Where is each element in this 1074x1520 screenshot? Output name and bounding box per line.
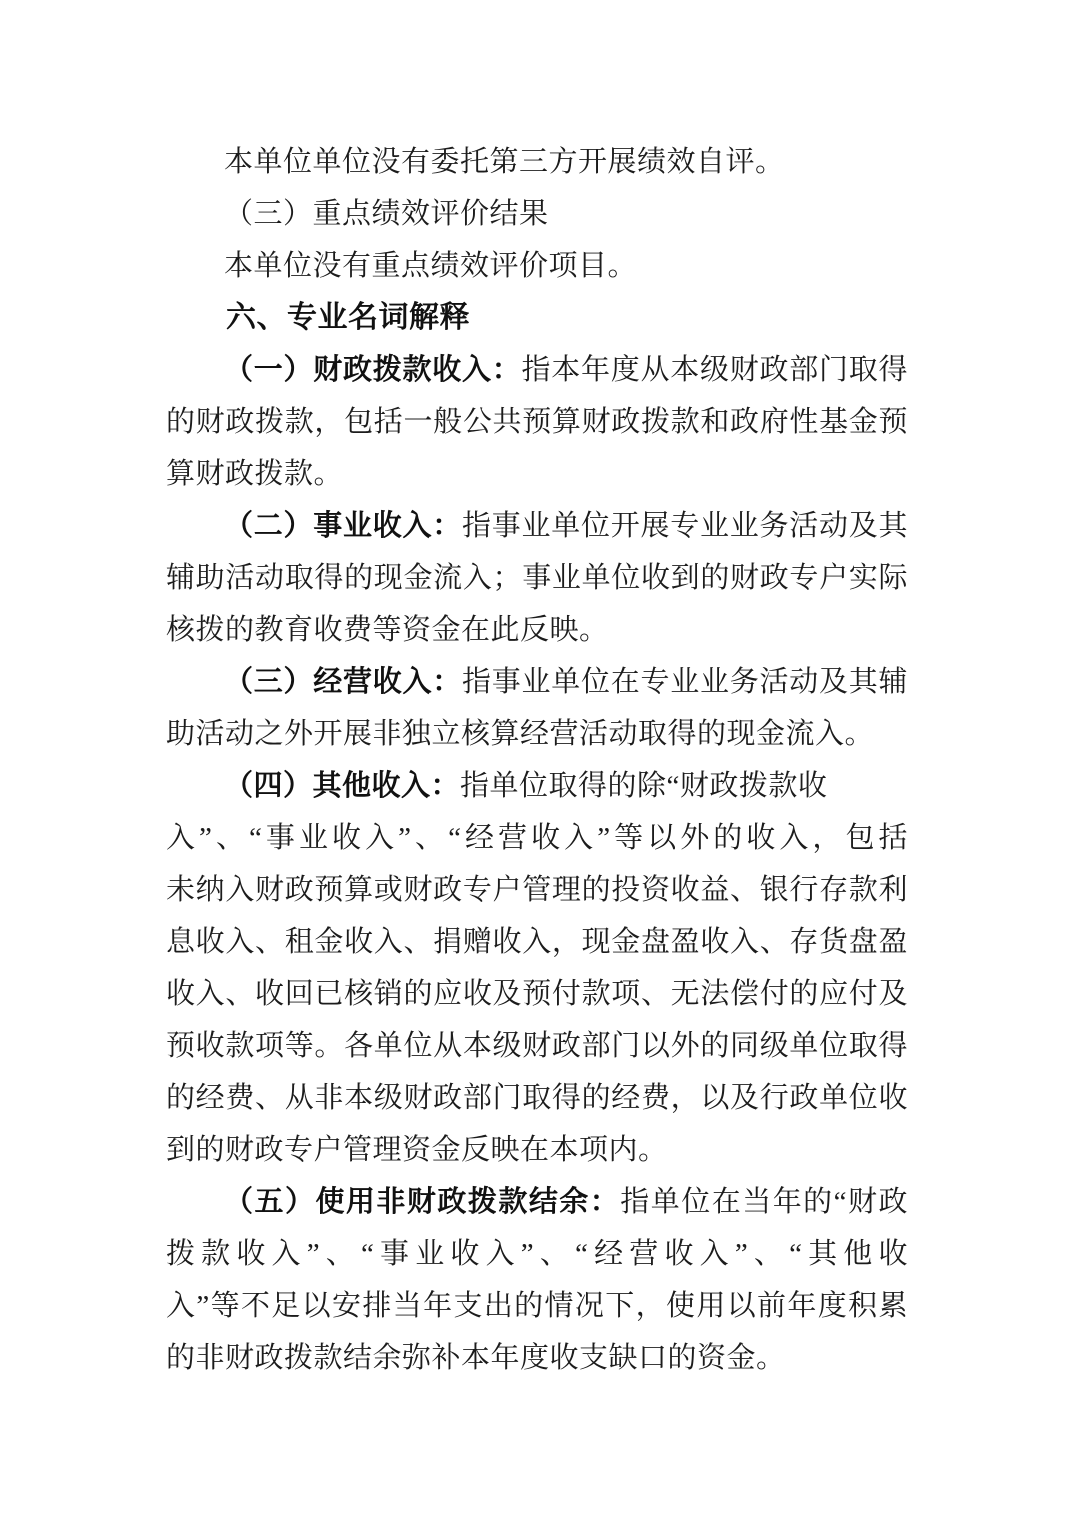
text-segment: 的非财政拨款结余弥补本年度收支缺口的资金。	[166, 1342, 786, 1374]
term-label: （一）财政拨款收入：	[224, 354, 522, 386]
text-line: 核拨的教育收费等资金在此反映。	[166, 604, 908, 656]
text-line: （四）其他收入：指单位取得的除“财政拨款收	[166, 760, 908, 812]
text-segment: 的财政拨款，包括一般公共预算财政拨款和政府性基金预	[166, 406, 908, 438]
text-segment: 算财政拨款。	[166, 458, 343, 490]
text-segment: 指事业单位开展专业业务活动及其	[462, 510, 908, 542]
text-line: 辅助活动取得的现金流入；事业单位收到的财政专户实际	[166, 552, 908, 604]
text-segment: （三）重点绩效评价结果	[224, 198, 549, 230]
text-segment: 到的财政专户管理资金反映在本项内。	[166, 1134, 668, 1166]
text-segment: 入”、“事业收入”、“经营收入”等以外的收入，包括	[166, 822, 908, 854]
text-line: 的财政拨款，包括一般公共预算财政拨款和政府性基金预	[166, 396, 908, 448]
document-page: 本单位单位没有委托第三方开展绩效自评。（三）重点绩效评价结果本单位没有重点绩效评…	[0, 0, 1074, 1520]
text-line: 入”等不足以安排当年支出的情况下，使用以前年度积累	[166, 1280, 908, 1332]
text-line: 的经费、从非本级财政部门取得的经费，以及行政单位收	[166, 1072, 908, 1124]
text-segment: 预收款项等。各单位从本级财政部门以外的同级单位取得	[166, 1030, 908, 1062]
text-segment: 助活动之外开展非独立核算经营活动取得的现金流入。	[166, 718, 874, 750]
text-segment: 六、专业名词解释	[226, 301, 470, 334]
text-segment: 拨款收入”、“事业收入”、“经营收入”、“其他收	[166, 1238, 908, 1270]
text-line: 算财政拨款。	[166, 448, 908, 500]
text-line: （五）使用非财政拨款结余：指单位在当年的“财政	[166, 1176, 908, 1228]
term-label: （五）使用非财政拨款结余：	[224, 1186, 620, 1218]
text-segment: 收入、收回已核销的应收及预付款项、无法偿付的应付及	[166, 978, 908, 1010]
text-line: 的非财政拨款结余弥补本年度收支缺口的资金。	[166, 1332, 908, 1384]
text-segment: 本单位单位没有委托第三方开展绩效自评。	[224, 146, 785, 178]
text-line: （二）事业收入：指事业单位开展专业业务活动及其	[166, 500, 908, 552]
text-segment: 核拨的教育收费等资金在此反映。	[166, 614, 609, 646]
text-line: 未纳入财政预算或财政专户管理的投资收益、银行存款利	[166, 864, 908, 916]
term-label: （三）经营收入：	[224, 666, 462, 698]
text-line: （三）重点绩效评价结果	[166, 188, 908, 240]
text-segment: 入”等不足以安排当年支出的情况下，使用以前年度积累	[166, 1290, 908, 1322]
text-segment: 指单位取得的除“财政拨款收	[460, 770, 827, 802]
section-heading: 六、专业名词解释	[166, 292, 908, 344]
text-segment: 指本年度从本级财政部门取得	[522, 354, 908, 386]
text-segment: 本单位没有重点绩效评价项目。	[224, 250, 637, 282]
text-segment: 的经费、从非本级财政部门取得的经费，以及行政单位收	[166, 1082, 908, 1114]
text-segment: 指单位在当年的“财政	[620, 1186, 908, 1218]
term-label: （四）其他收入：	[224, 770, 460, 802]
text-segment: 指事业单位在专业业务活动及其辅	[462, 666, 908, 698]
text-line: （三）经营收入：指事业单位在专业业务活动及其辅	[166, 656, 908, 708]
text-line: 到的财政专户管理资金反映在本项内。	[166, 1124, 908, 1176]
text-segment: 息收入、租金收入、捐赠收入，现金盘盈收入、存货盘盈	[166, 926, 908, 958]
document-text-block: 本单位单位没有委托第三方开展绩效自评。（三）重点绩效评价结果本单位没有重点绩效评…	[166, 136, 908, 1384]
text-line: 息收入、租金收入、捐赠收入，现金盘盈收入、存货盘盈	[166, 916, 908, 968]
text-line: 入”、“事业收入”、“经营收入”等以外的收入，包括	[166, 812, 908, 864]
text-line: 本单位没有重点绩效评价项目。	[166, 240, 908, 292]
text-line: 拨款收入”、“事业收入”、“经营收入”、“其他收	[166, 1228, 908, 1280]
text-line: 本单位单位没有委托第三方开展绩效自评。	[166, 136, 908, 188]
text-line: （一）财政拨款收入：指本年度从本级财政部门取得	[166, 344, 908, 396]
text-line: 预收款项等。各单位从本级财政部门以外的同级单位取得	[166, 1020, 908, 1072]
text-segment: 辅助活动取得的现金流入；事业单位收到的财政专户实际	[166, 562, 908, 594]
text-line: 助活动之外开展非独立核算经营活动取得的现金流入。	[166, 708, 908, 760]
term-label: （二）事业收入：	[224, 510, 462, 542]
text-segment: 未纳入财政预算或财政专户管理的投资收益、银行存款利	[166, 874, 908, 906]
text-line: 收入、收回已核销的应收及预付款项、无法偿付的应付及	[166, 968, 908, 1020]
